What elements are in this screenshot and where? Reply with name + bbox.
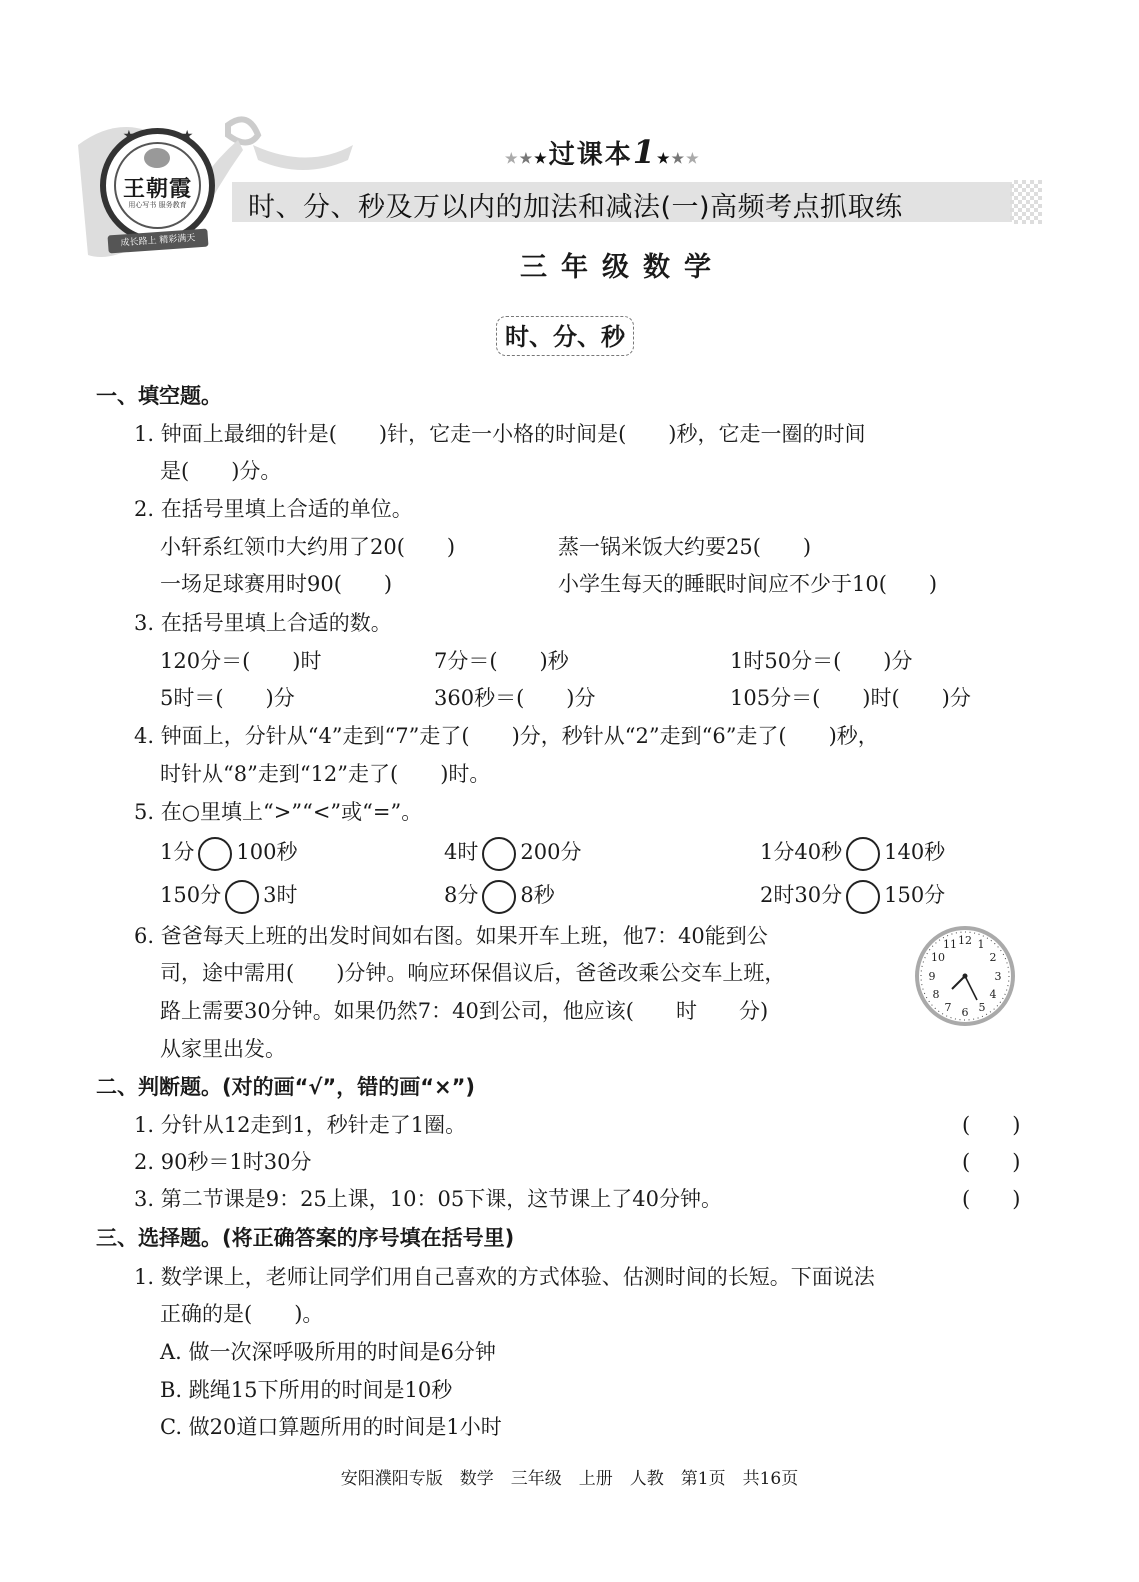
- compare-circle[interactable]: [846, 880, 880, 914]
- question-6-line: 路上需要30分钟。如果仍然7：40到公司，他应该( 时 分): [160, 995, 768, 1025]
- choice-question-line: 1. 数学课上，老师让同学们用自己喜欢的方式体验、估测时间的长短。下面说法: [134, 1261, 875, 1291]
- svg-text:4: 4: [990, 988, 997, 1001]
- question-2-item: 一场足球赛用时90( ): [160, 568, 392, 598]
- question-1-line-1: 1. 钟面上最细的针是( )针，它走一小格的时间是( )秒，它走一圈的时间: [134, 418, 865, 448]
- svg-text:1: 1: [978, 938, 985, 951]
- svg-text:3: 3: [995, 970, 1002, 983]
- question-6-line: 从家里出发。: [160, 1033, 286, 1063]
- true-false-item: 1. 分针从12走到1，秒针走了1圈。: [134, 1109, 466, 1139]
- true-false-item: 2. 90秒＝1时30分: [134, 1146, 312, 1176]
- svg-text:2: 2: [990, 951, 997, 964]
- svg-text:5: 5: [979, 1001, 986, 1014]
- svg-text:7: 7: [945, 1001, 952, 1014]
- clock-icon: 1212 345 678 91011: [914, 925, 1016, 1027]
- compare-item: 150分3时: [160, 879, 297, 914]
- question-2-item: 小学生每天的睡眠时间应不少于10( ): [558, 568, 937, 598]
- page-footer: 安阳濮阳专版 数学 三年级 上册 人教 第1页 共16页: [0, 1464, 1139, 1489]
- question-4-line-2: 时针从“8”走到“12”走了( )时。: [160, 758, 490, 788]
- question-3-item: 7分＝( )秒: [434, 645, 569, 675]
- question-2-prompt: 2. 在括号里填上合适的单位。: [134, 493, 413, 523]
- compare-circle[interactable]: [846, 837, 880, 871]
- choice-option-a: A. 做一次深呼吸所用的时间是6分钟: [160, 1336, 496, 1366]
- answer-blank[interactable]: ( ): [962, 1146, 1020, 1176]
- question-3-item: 1时50分＝( )分: [730, 645, 912, 675]
- publisher-logo: 王朝霞 用心写书 服务教育: [100, 128, 215, 243]
- checker-decoration: [1010, 180, 1042, 224]
- question-6-line: 司，途中需用( )分钟。响应环保倡议后，爸爸改乘公交车上班，: [160, 957, 785, 987]
- compare-item: 8分8秒: [444, 879, 555, 914]
- choice-option-b: B. 跳绳15下所用的时间是10秒: [160, 1374, 452, 1404]
- compare-circle[interactable]: [482, 880, 516, 914]
- compare-item: 2时30分150分: [760, 879, 945, 914]
- portrait-icon: [144, 148, 170, 168]
- svg-text:12: 12: [958, 934, 972, 947]
- compare-item: 4时200分: [444, 836, 581, 871]
- question-1-line-2: 是( )分。: [160, 455, 281, 485]
- question-3-item: 120分＝( )时: [160, 645, 321, 675]
- answer-blank[interactable]: ( ): [962, 1183, 1020, 1213]
- svg-text:9: 9: [929, 970, 936, 983]
- answer-blank[interactable]: ( ): [962, 1109, 1020, 1139]
- true-false-item: 3. 第二节课是9：25上课，10：05下课，这节课上了40分钟。: [134, 1183, 722, 1213]
- svg-text:10: 10: [931, 951, 945, 964]
- question-6-line: 6. 爸爸每天上班的出发时间如右图。如果开车上班，他7：40能到公: [134, 920, 768, 950]
- star-icon: ★: [657, 151, 672, 167]
- subject-title: 三年级数学: [520, 245, 725, 284]
- question-3-item: 5时＝( )分: [160, 682, 295, 712]
- section-heading-multiple-choice: 三、选择题。(将正确答案的序号填在括号里): [96, 1222, 514, 1252]
- svg-text:8: 8: [933, 988, 940, 1001]
- compare-circle[interactable]: [225, 880, 259, 914]
- compare-circle[interactable]: [482, 837, 516, 871]
- question-2-item: 蒸一锅米饭大约要25( ): [558, 531, 811, 561]
- star-icon: ★: [534, 151, 549, 167]
- svg-text:6: 6: [962, 1006, 969, 1019]
- star-icon: ★: [672, 151, 687, 167]
- svg-text:11: 11: [943, 938, 957, 951]
- question-3-item: 360秒＝( )分: [434, 682, 595, 712]
- star-icon: ★: [505, 151, 520, 167]
- compare-item: 1分40秒140秒: [760, 836, 945, 871]
- section-heading-true-false: 二、判断题。(对的画“√”，错的画“×”): [96, 1071, 475, 1101]
- choice-option-c: C. 做20道口算题所用的时间是1小时: [160, 1411, 502, 1441]
- compare-circle[interactable]: [198, 837, 232, 871]
- question-4-line-1: 4. 钟面上，分针从“4”走到“7”走了( )分，秒针从“2”走到“6”走了( …: [134, 720, 879, 750]
- question-3-item: 105分＝( )时( )分: [730, 682, 971, 712]
- compare-item: 1分100秒: [160, 836, 297, 871]
- star-icon: ★: [520, 151, 535, 167]
- page-title: 时、分、秒及万以内的加法和减法(一)高频考点抓取练: [248, 185, 903, 224]
- question-5-prompt: 5. 在○里填上“>”“<”或“=”。: [134, 796, 422, 826]
- topic-badge: 时、分、秒: [496, 316, 634, 356]
- question-3-prompt: 3. 在括号里填上合适的数。: [134, 607, 392, 637]
- choice-question-line: 正确的是( )。: [160, 1298, 323, 1328]
- series-label: ★★★过课本1★★★: [505, 133, 701, 171]
- section-heading-fill-blank: 一、填空题。: [96, 380, 222, 410]
- star-icon: ★: [686, 151, 701, 167]
- question-2-item: 小轩系红领巾大约用了20( ): [160, 531, 455, 561]
